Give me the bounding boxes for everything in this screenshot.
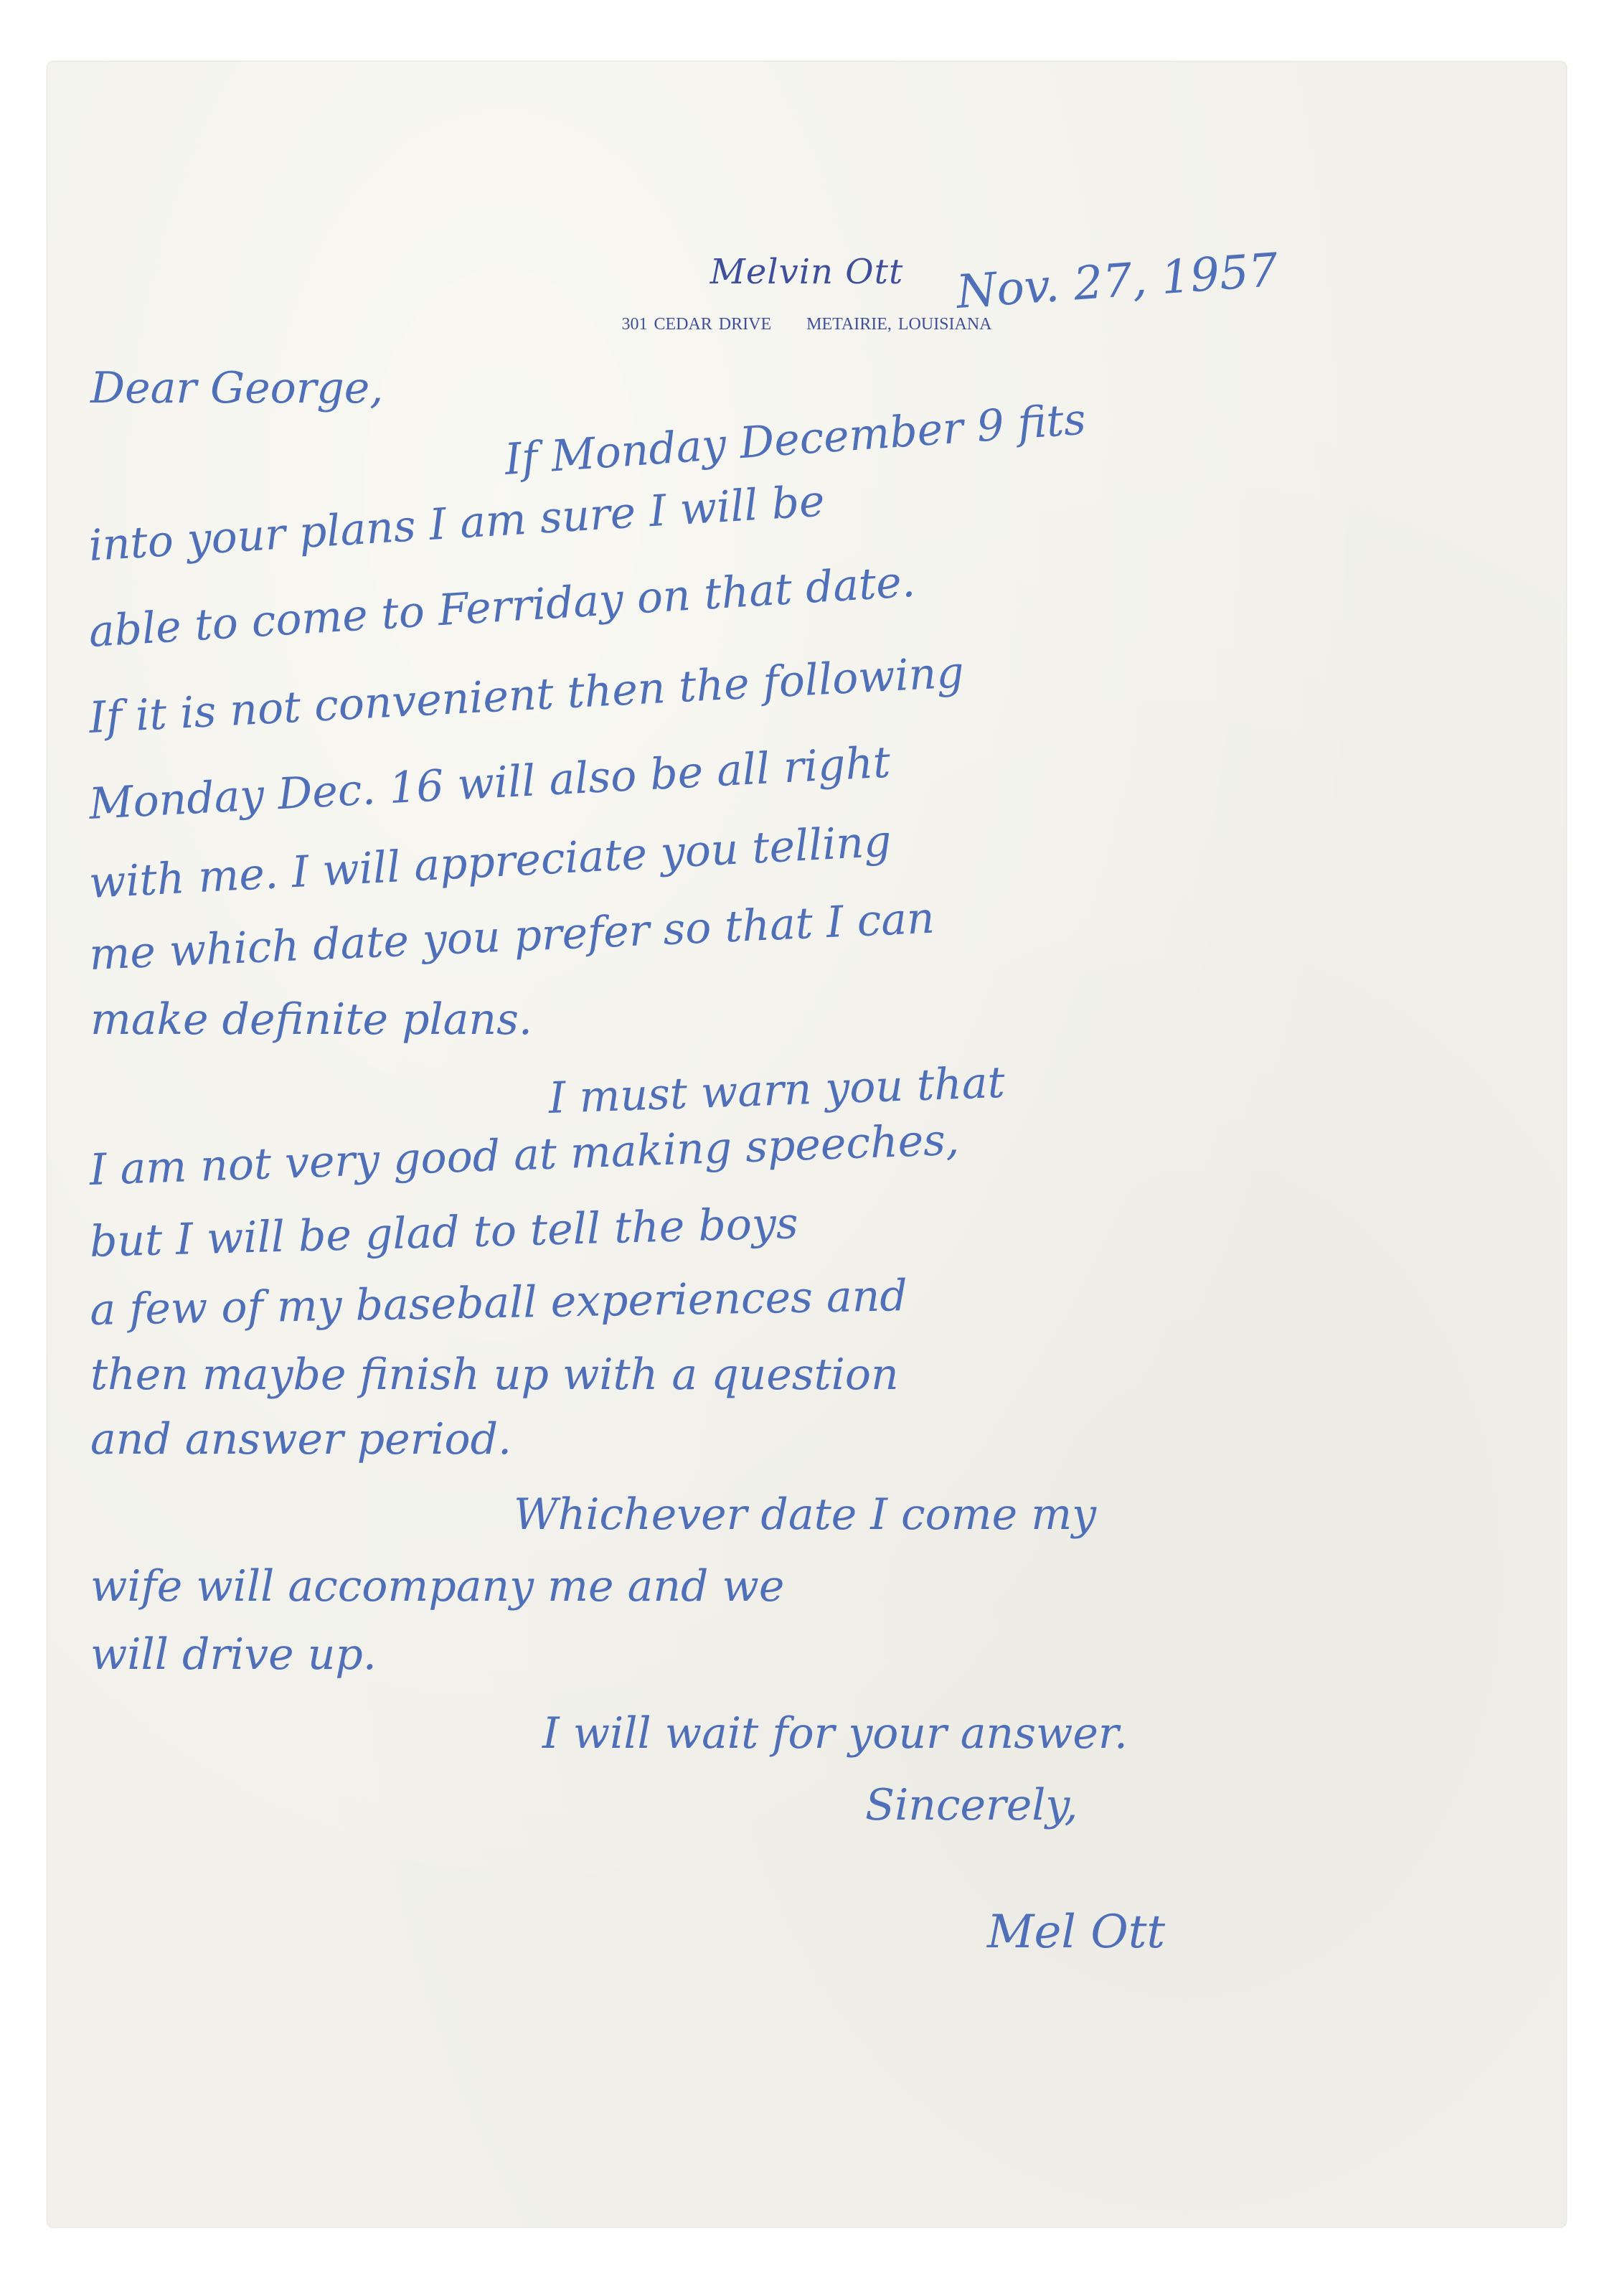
body-line: then maybe finish up with a question [90, 1350, 899, 1400]
body-line: Whichever date I come my [514, 1490, 1096, 1540]
body-line: If it is not convenient then the followi… [88, 647, 965, 743]
body-line: but I will be glad to tell the boys [89, 1198, 798, 1267]
body-line: will drive up. [90, 1629, 377, 1680]
signature: Mel Ott [987, 1906, 1165, 1959]
letter-paper: Melvin Ott 301 CEDAR DRIVE METAIRIE, LOU… [47, 62, 1566, 2227]
body-line: wife will accompany me and we [90, 1561, 784, 1612]
letterhead-street: 301 CEDAR DRIVE [621, 315, 771, 334]
body-line: and answer period. [90, 1414, 512, 1464]
closing: Sincerely, [865, 1780, 1078, 1830]
body-line: I will wait for your answer. [542, 1708, 1128, 1759]
body-line: into your plans I am sure I will be [88, 476, 826, 571]
body-line: me which date you prefer so that I can [88, 893, 935, 980]
body-line: make definite plans. [90, 994, 532, 1045]
body-line: I am not very good at making speeches, [89, 1115, 960, 1195]
salutation: Dear George, [90, 363, 383, 413]
letterhead-name: Melvin Ott [47, 252, 1566, 292]
body-line: with me. I will appreciate you telling [88, 816, 892, 908]
body-line: able to come to Ferriday on that date. [88, 557, 917, 657]
body-line: I must warn you that [548, 1058, 1006, 1124]
body-line: Monday Dec. 16 will also be all right [88, 738, 891, 829]
body-line: a few of my baseball experiences and [90, 1271, 908, 1335]
letterhead-address: 301 CEDAR DRIVE METAIRIE, LOUISIANA [47, 315, 1566, 334]
body-line: If Monday December 9 fits [503, 395, 1088, 485]
